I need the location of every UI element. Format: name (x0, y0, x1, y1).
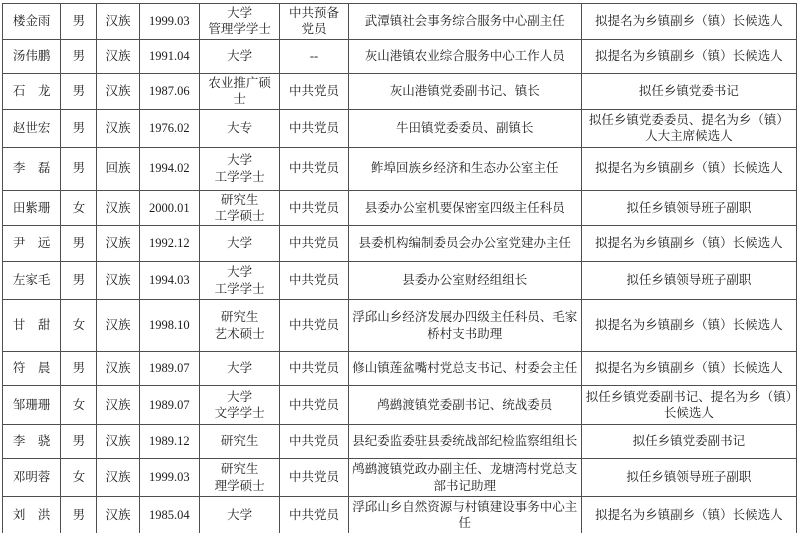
table-row: 田紫珊女汉族2000.01研究生 工学硕士中共党员县委办公室机要保密室四级主任科… (3, 190, 797, 226)
cell-current-position: 浮邱山乡经济发展办四级主任科员、毛家桥村支书助理 (348, 300, 581, 352)
table-row: 左家毛男汉族1994.03大学 工学学士中共党员县委办公室财经组组长拟任乡镇领导… (3, 262, 797, 300)
cell-political-status: 中共党员 (280, 497, 348, 533)
cell-birth-date: 1998.10 (139, 300, 199, 352)
cell-name: 楼金雨 (3, 4, 61, 40)
cell-current-position: 灰山港镇党委副书记、镇长 (348, 73, 581, 109)
cell-ethnicity: 汉族 (97, 352, 139, 386)
cell-gender: 男 (61, 352, 97, 386)
cell-name: 符 晨 (3, 352, 61, 386)
cell-ethnicity: 汉族 (97, 300, 139, 352)
personnel-table-body: 楼金雨男汉族1999.03大学 管理学学士中共预备 党员武潭镇社会事务综合服务中… (3, 4, 797, 533)
cell-education: 研究生 理学硕士 (199, 459, 279, 497)
cell-current-position: 鸬鹚渡镇党政办副主任、龙塘湾村党总支部书记助理 (348, 459, 581, 497)
cell-ethnicity: 汉族 (97, 39, 139, 73)
cell-current-position: 牛田镇党委委员、副镇长 (348, 109, 581, 147)
cell-political-status: 中共党员 (280, 300, 348, 352)
cell-education: 研究生 艺术硕士 (199, 300, 279, 352)
cell-proposed-position: 拟任乡镇党委副书记 (581, 425, 796, 459)
cell-current-position: 县纪委监委驻县委统战部纪检监察组组长 (348, 425, 581, 459)
cell-proposed-position: 拟任乡镇党委副书记、提名为乡（镇）长候选人 (581, 386, 796, 425)
cell-education: 研究生 (199, 425, 279, 459)
cell-political-status: 中共党员 (280, 147, 348, 190)
cell-ethnicity: 汉族 (97, 73, 139, 109)
cell-ethnicity: 汉族 (97, 4, 139, 40)
cell-political-status: 中共党员 (280, 226, 348, 262)
cell-education: 农业推广硕士 (199, 73, 279, 109)
cell-political-status: 中共党员 (280, 190, 348, 226)
cell-current-position: 县委办公室财经组组长 (348, 262, 581, 300)
cell-education: 大学 文学学士 (199, 386, 279, 425)
cell-current-position: 浮邱山乡自然资源与村镇建设事务中心主任 (348, 497, 581, 533)
cell-ethnicity: 汉族 (97, 262, 139, 300)
cell-birth-date: 1989.07 (139, 352, 199, 386)
cell-name: 石 龙 (3, 73, 61, 109)
cell-ethnicity: 回族 (97, 147, 139, 190)
table-row: 邹珊珊女汉族1989.07大学 文学学士中共党员鸬鹚渡镇党委副书记、统战委员拟任… (3, 386, 797, 425)
cell-name: 尹 远 (3, 226, 61, 262)
cell-birth-date: 1985.04 (139, 497, 199, 533)
document-page: 楼金雨男汉族1999.03大学 管理学学士中共预备 党员武潭镇社会事务综合服务中… (0, 0, 800, 533)
table-row: 尹 远男汉族1992.12大学中共党员县委机构编制委员会办公室党建办主任拟提名为… (3, 226, 797, 262)
cell-education: 大学 (199, 352, 279, 386)
cell-name: 邹珊珊 (3, 386, 61, 425)
table-row: 李 骁男汉族1989.12研究生中共党员县纪委监委驻县委统战部纪检监察组组长拟任… (3, 425, 797, 459)
cell-education: 大学 (199, 39, 279, 73)
cell-proposed-position: 拟任乡镇领导班子副职 (581, 262, 796, 300)
cell-name: 田紫珊 (3, 190, 61, 226)
cell-birth-date: 1992.12 (139, 226, 199, 262)
cell-gender: 男 (61, 425, 97, 459)
cell-political-status: 中共党员 (280, 352, 348, 386)
cell-ethnicity: 汉族 (97, 226, 139, 262)
cell-political-status: 中共党员 (280, 109, 348, 147)
cell-ethnicity: 汉族 (97, 425, 139, 459)
cell-proposed-position: 拟提名为乡镇副乡（镇）长候选人 (581, 39, 796, 73)
cell-proposed-position: 拟任乡镇领导班子副职 (581, 459, 796, 497)
cell-current-position: 修山镇莲盆嘴村党总支书记、村委会主任 (348, 352, 581, 386)
cell-name: 赵世宏 (3, 109, 61, 147)
cell-proposed-position: 拟提名为乡镇副乡（镇）长候选人 (581, 497, 796, 533)
cell-birth-date: 1991.04 (139, 39, 199, 73)
cell-birth-date: 1994.03 (139, 262, 199, 300)
cell-political-status: -- (280, 39, 348, 73)
cell-proposed-position: 拟提名为乡镇副乡（镇）长候选人 (581, 226, 796, 262)
table-row: 邓明蓉女汉族1999.03研究生 理学硕士中共党员鸬鹚渡镇党政办副主任、龙塘湾村… (3, 459, 797, 497)
cell-proposed-position: 拟提名为乡镇副乡（镇）长候选人 (581, 352, 796, 386)
cell-current-position: 县委机构编制委员会办公室党建办主任 (348, 226, 581, 262)
cell-political-status: 中共党员 (280, 262, 348, 300)
cell-birth-date: 1999.03 (139, 459, 199, 497)
table-row: 赵世宏男汉族1976.02大专中共党员牛田镇党委委员、副镇长拟任乡镇党委委员、提… (3, 109, 797, 147)
cell-political-status: 中共党员 (280, 425, 348, 459)
cell-political-status: 中共党员 (280, 386, 348, 425)
cell-name: 李 磊 (3, 147, 61, 190)
table-row: 刘 洪男汉族1985.04大学中共党员浮邱山乡自然资源与村镇建设事务中心主任拟提… (3, 497, 797, 533)
cell-gender: 男 (61, 73, 97, 109)
cell-education: 大学 (199, 497, 279, 533)
personnel-table: 楼金雨男汉族1999.03大学 管理学学士中共预备 党员武潭镇社会事务综合服务中… (2, 3, 797, 533)
cell-education: 研究生 工学硕士 (199, 190, 279, 226)
cell-birth-date: 1989.07 (139, 386, 199, 425)
cell-political-status: 中共党员 (280, 73, 348, 109)
cell-birth-date: 1987.06 (139, 73, 199, 109)
cell-name: 刘 洪 (3, 497, 61, 533)
table-row: 汤伟鹏男汉族1991.04大学--灰山港镇农业综合服务中心工作人员拟提名为乡镇副… (3, 39, 797, 73)
cell-gender: 男 (61, 109, 97, 147)
cell-current-position: 鲊埠回族乡经济和生态办公室主任 (348, 147, 581, 190)
cell-education: 大专 (199, 109, 279, 147)
cell-ethnicity: 汉族 (97, 386, 139, 425)
cell-current-position: 灰山港镇农业综合服务中心工作人员 (348, 39, 581, 73)
cell-birth-date: 1989.12 (139, 425, 199, 459)
cell-proposed-position: 拟提名为乡镇副乡（镇）长候选人 (581, 300, 796, 352)
cell-gender: 男 (61, 262, 97, 300)
cell-gender: 女 (61, 190, 97, 226)
cell-proposed-position: 拟提名为乡镇副乡（镇）长候选人 (581, 4, 796, 40)
cell-gender: 女 (61, 300, 97, 352)
cell-political-status: 中共预备 党员 (280, 4, 348, 40)
cell-political-status: 中共党员 (280, 459, 348, 497)
table-row: 甘 甜女汉族1998.10研究生 艺术硕士中共党员浮邱山乡经济发展办四级主任科员… (3, 300, 797, 352)
cell-proposed-position: 拟任乡镇党委委员、提名为乡（镇）人大主席候选人 (581, 109, 796, 147)
cell-proposed-position: 拟任乡镇党委书记 (581, 73, 796, 109)
cell-education: 大学 管理学学士 (199, 4, 279, 40)
cell-education: 大学 工学学士 (199, 262, 279, 300)
cell-education: 大学 (199, 226, 279, 262)
cell-name: 汤伟鹏 (3, 39, 61, 73)
cell-current-position: 县委办公室机要保密室四级主任科员 (348, 190, 581, 226)
table-row: 李 磊男回族1994.02大学 工学学士中共党员鲊埠回族乡经济和生态办公室主任拟… (3, 147, 797, 190)
cell-ethnicity: 汉族 (97, 497, 139, 533)
cell-ethnicity: 汉族 (97, 459, 139, 497)
cell-education: 大学 工学学士 (199, 147, 279, 190)
cell-birth-date: 2000.01 (139, 190, 199, 226)
table-row: 楼金雨男汉族1999.03大学 管理学学士中共预备 党员武潭镇社会事务综合服务中… (3, 4, 797, 40)
table-row: 石 龙男汉族1987.06农业推广硕士中共党员灰山港镇党委副书记、镇长拟任乡镇党… (3, 73, 797, 109)
cell-current-position: 鸬鹚渡镇党委副书记、统战委员 (348, 386, 581, 425)
cell-name: 左家毛 (3, 262, 61, 300)
cell-birth-date: 1976.02 (139, 109, 199, 147)
cell-proposed-position: 拟任乡镇领导班子副职 (581, 190, 796, 226)
cell-ethnicity: 汉族 (97, 109, 139, 147)
cell-ethnicity: 汉族 (97, 190, 139, 226)
cell-name: 甘 甜 (3, 300, 61, 352)
cell-proposed-position: 拟提名为乡镇副乡（镇）长候选人 (581, 147, 796, 190)
cell-gender: 女 (61, 459, 97, 497)
table-row: 符 晨男汉族1989.07大学中共党员修山镇莲盆嘴村党总支书记、村委会主任拟提名… (3, 352, 797, 386)
cell-gender: 男 (61, 39, 97, 73)
cell-gender: 男 (61, 4, 97, 40)
cell-name: 李 骁 (3, 425, 61, 459)
cell-gender: 女 (61, 386, 97, 425)
cell-gender: 男 (61, 147, 97, 190)
cell-name: 邓明蓉 (3, 459, 61, 497)
cell-current-position: 武潭镇社会事务综合服务中心副主任 (348, 4, 581, 40)
cell-birth-date: 1994.02 (139, 147, 199, 190)
cell-birth-date: 1999.03 (139, 4, 199, 40)
cell-gender: 男 (61, 226, 97, 262)
cell-gender: 男 (61, 497, 97, 533)
